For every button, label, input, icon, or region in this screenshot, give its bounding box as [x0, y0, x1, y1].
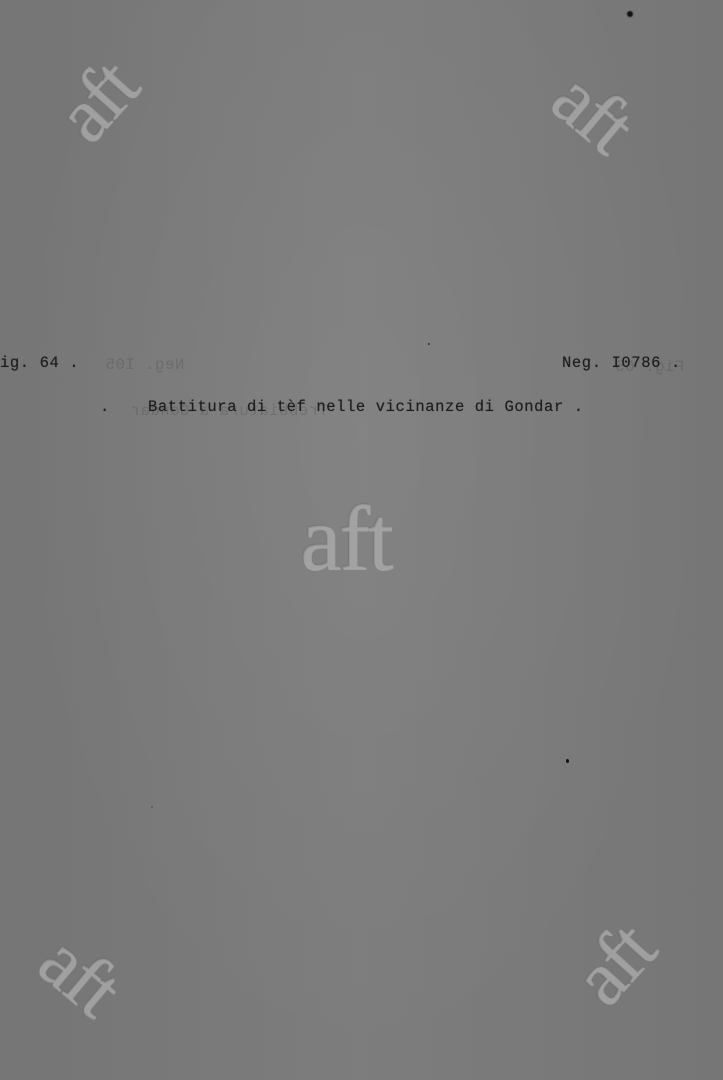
- watermark-center: aft: [300, 492, 391, 584]
- bleed-through-text: Neg. I05: [105, 356, 184, 374]
- photo-caption: Battitura di tèf nelle vicinanze di Gond…: [148, 398, 584, 416]
- dust-speck: [566, 759, 569, 763]
- figure-label: ig. 64 .: [0, 354, 79, 372]
- watermark-bottom-left: aft: [26, 920, 135, 1029]
- watermark-top-right: aft: [539, 57, 648, 166]
- dust-speck: [151, 806, 153, 808]
- dust-speck: [428, 343, 430, 345]
- watermark-bottom-right: aft: [559, 910, 668, 1019]
- watermark-top-left: aft: [42, 47, 151, 156]
- caption-lead-mark: .: [100, 398, 110, 416]
- negative-number: Neg. I0786 .: [562, 354, 681, 372]
- dust-speck: [627, 11, 633, 17]
